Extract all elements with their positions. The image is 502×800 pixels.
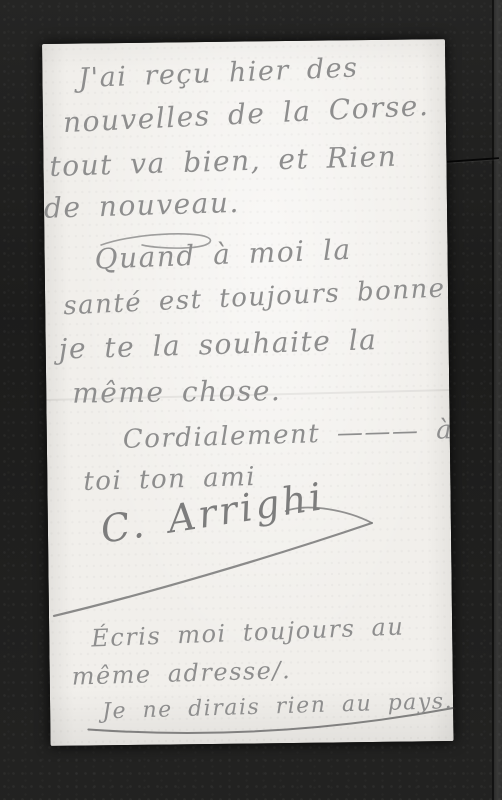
signature-flourish xyxy=(53,523,373,616)
scanned-letter-page: J'ai reçu hier des nouvelles de la Corse… xyxy=(0,0,502,800)
postscript-line: même adresse/. xyxy=(71,658,291,688)
letter-paper: J'ai reçu hier des nouvelles de la Corse… xyxy=(42,39,454,746)
scanner-edge-crack xyxy=(492,0,494,800)
handwritten-line: de nouveau. xyxy=(44,189,241,223)
handwritten-line: même chose. xyxy=(72,377,281,408)
